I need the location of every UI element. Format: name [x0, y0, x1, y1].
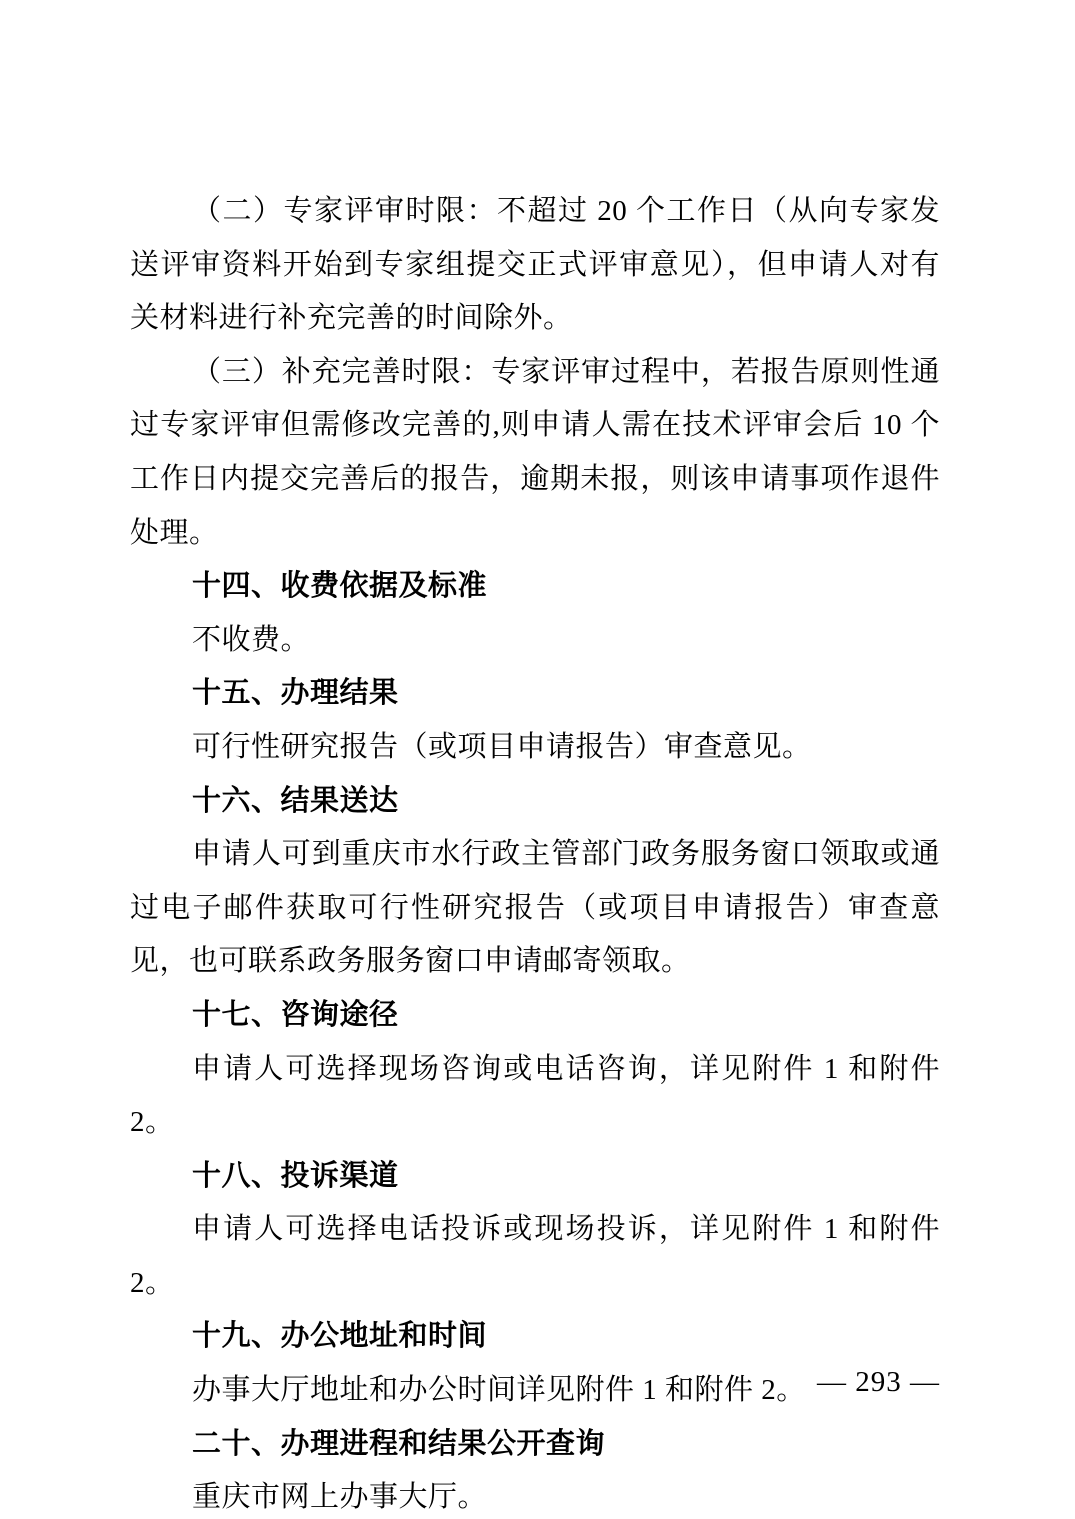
paragraph-supplement-time-limit: （三）补充完善时限：专家评审过程中，若报告原则性通过专家评审但需修改完善的,则申…: [130, 346, 940, 560]
paragraph-online-hall: 重庆市网上办事大厅。: [130, 1471, 940, 1519]
paragraph-expert-review-time-limit: （二）专家评审时限：不超过 20 个工作日（从向专家发送评审资料开始到专家组提交…: [130, 185, 940, 346]
page-number: — 293 —: [817, 1362, 940, 1402]
paragraph-handling-result: 可行性研究报告（或项目申请报告）审查意见。: [130, 721, 940, 775]
section-heading-15-result: 十五、办理结果: [130, 667, 940, 721]
section-heading-14-fees: 十四、收费依据及标准: [130, 560, 940, 614]
section-heading-19-office-address: 十九、办公地址和时间: [130, 1310, 940, 1364]
paragraph-complaint-channels: 申请人可选择电话投诉或现场投诉，详见附件 1 和附件 2。: [130, 1203, 940, 1310]
section-heading-18-complaints: 十八、投诉渠道: [130, 1150, 940, 1204]
document-page: （二）专家评审时限：不超过 20 个工作日（从向专家发送评审资料开始到专家组提交…: [0, 0, 1075, 1519]
paragraph-result-delivery: 申请人可到重庆市水行政主管部门政务服务窗口领取或通过电子邮件获取可行性研究报告（…: [130, 828, 940, 989]
paragraph-no-fee: 不收费。: [130, 614, 940, 668]
section-heading-20-progress-inquiry: 二十、办理进程和结果公开查询: [130, 1418, 940, 1472]
document-body: （二）专家评审时限：不超过 20 个工作日（从向专家发送评审资料开始到专家组提交…: [130, 185, 940, 1519]
paragraph-consultation-channels: 申请人可选择现场咨询或电话咨询，详见附件 1 和附件 2。: [130, 1043, 940, 1150]
section-heading-17-consultation: 十七、咨询途径: [130, 989, 940, 1043]
section-heading-16-result-delivery: 十六、结果送达: [130, 775, 940, 829]
